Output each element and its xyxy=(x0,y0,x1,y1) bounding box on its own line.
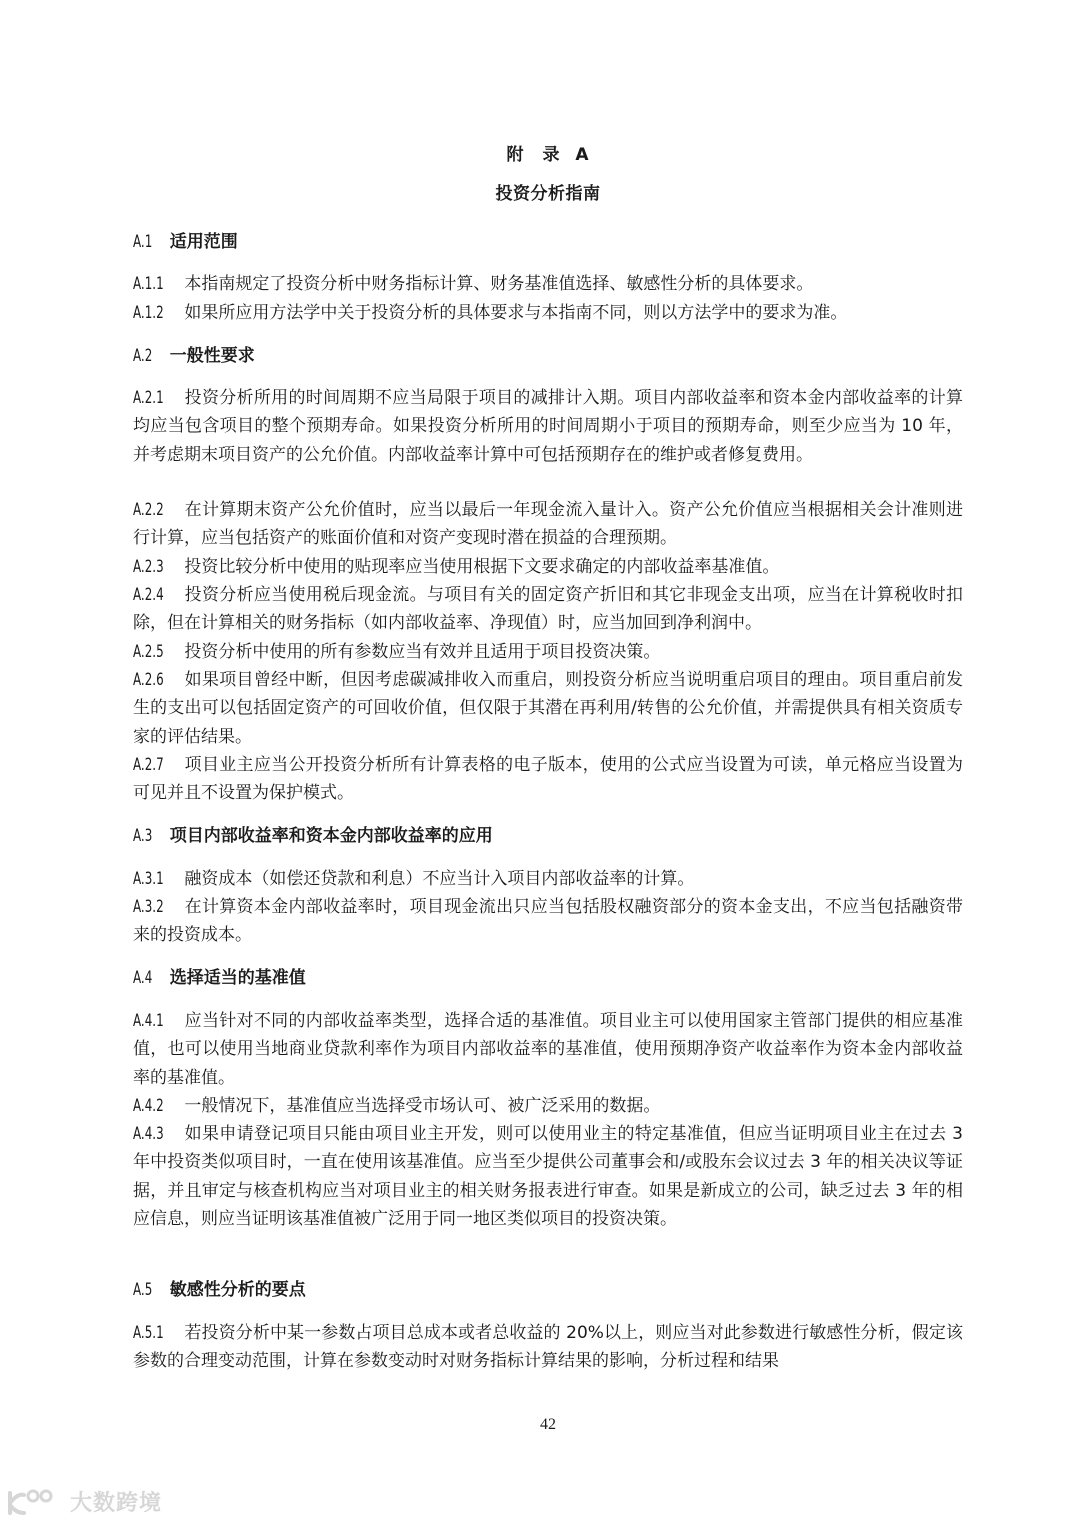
section-number: A.2 xyxy=(133,342,152,370)
section-number: A.4 xyxy=(133,964,152,992)
clause-number: A.4.2 xyxy=(133,1092,164,1120)
clause-a4-1: A.4.1应当针对不同的内部收益率类型，选择合适的基准值。项目业主可以使用国家主… xyxy=(133,1007,963,1092)
clause-number: A.4.1 xyxy=(133,1007,164,1035)
section-title: 一般性要求 xyxy=(170,346,255,366)
section-title: 项目内部收益率和资本金内部收益率的应用 xyxy=(170,826,493,846)
clause-number: A.2.4 xyxy=(133,581,164,609)
section-title: 适用范围 xyxy=(170,232,238,252)
clause-a2-7: A.2.7项目业主应当公开投资分析所有计算表格的电子版本，使用的公式应当设置为可… xyxy=(133,751,963,808)
clause-a3-2: A.3.2在计算资本金内部收益率时，项目现金流出只应当包括股权融资部分的资本金支… xyxy=(133,893,963,950)
clause-a2-3: A.2.3投资比较分析中使用的贴现率应当使用根据下文要求确定的内部收益率基准值。 xyxy=(133,553,963,581)
clause-number: A.2.6 xyxy=(133,666,164,694)
section-number: A.3 xyxy=(133,822,152,850)
section-heading-a1: A.1适用范围 xyxy=(133,228,963,256)
clause-number: A.2.3 xyxy=(133,553,164,581)
clause-text: 一般情况下，基准值应当选择受市场认可、被广泛采用的数据。 xyxy=(184,1096,660,1116)
clause-a2-5: A.2.5投资分析中使用的所有参数应当有效并且适用于项目投资决策。 xyxy=(133,638,963,666)
appendix-subtitle: 投资分析指南 xyxy=(133,179,963,204)
clause-text: 投资分析中使用的所有参数应当有效并且适用于项目投资决策。 xyxy=(184,642,660,662)
clause-number: A.2.7 xyxy=(133,751,164,779)
clause-text: 在计算期末资产公允价值时，应当以最后一年现金流入量计入。资产公允价值应当根据相关… xyxy=(133,500,963,548)
appendix-title: 附 录 A xyxy=(133,140,963,165)
clause-text: 投资比较分析中使用的贴现率应当使用根据下文要求确定的内部收益率基准值。 xyxy=(184,557,779,577)
watermark: 大数跨境 xyxy=(6,1486,162,1517)
clause-number: A.2.5 xyxy=(133,638,164,666)
clause-text: 本指南规定了投资分析中财务指标计算、财务基准值选择、敏感性分析的具体要求。 xyxy=(184,274,813,294)
clause-a4-2: A.4.2一般情况下，基准值应当选择受市场认可、被广泛采用的数据。 xyxy=(133,1092,963,1120)
clause-number: A.3.1 xyxy=(133,865,164,893)
clause-text: 应当针对不同的内部收益率类型，选择合适的基准值。项目业主可以使用国家主管部门提供… xyxy=(133,1011,963,1088)
clause-number: A.1.2 xyxy=(133,299,164,327)
watermark-text: 大数跨境 xyxy=(70,1486,162,1517)
section-title: 敏感性分析的要点 xyxy=(170,1280,306,1300)
clause-number: A.5.1 xyxy=(133,1319,164,1347)
section-title: 选择适当的基准值 xyxy=(170,968,306,988)
clause-text: 如果所应用方法学中关于投资分析的具体要求与本指南不同，则以方法学中的要求为准。 xyxy=(184,303,847,323)
section-heading-a2: A.2一般性要求 xyxy=(133,342,963,370)
clause-a2-2: A.2.2在计算期末资产公允价值时，应当以最后一年现金流入量计入。资产公允价值应… xyxy=(133,496,963,553)
clause-a4-3: A.4.3如果申请登记项目只能由项目业主开发，则可以使用业主的特定基准值，但应当… xyxy=(133,1120,963,1233)
clause-number: A.1.1 xyxy=(133,270,164,298)
clause-a2-6: A.2.6如果项目曾经中断，但因考虑碳减排收入而重启，则投资分析应当说明重启项目… xyxy=(133,666,963,751)
section-heading-a3: A.3项目内部收益率和资本金内部收益率的应用 xyxy=(133,822,963,850)
clause-a1-2: A.1.2如果所应用方法学中关于投资分析的具体要求与本指南不同，则以方法学中的要… xyxy=(133,299,963,327)
clause-number: A.2.2 xyxy=(133,496,164,524)
section-heading-a4: A.4选择适当的基准值 xyxy=(133,964,963,992)
section-number: A.1 xyxy=(133,228,152,256)
clause-number: A.2.1 xyxy=(133,384,164,412)
clause-text: 如果申请登记项目只能由项目业主开发，则可以使用业主的特定基准值，但应当证明项目业… xyxy=(133,1124,963,1229)
clause-text: 投资分析应当使用税后现金流。与项目有关的固定资产折旧和其它非现金支出项，应当在计… xyxy=(133,585,963,633)
clause-text: 若投资分析中某一参数占项目总成本或者总收益的 20%以上，则应当对此参数进行敏感… xyxy=(133,1323,963,1371)
clause-text: 项目业主应当公开投资分析所有计算表格的电子版本，使用的公式应当设置为可读，单元格… xyxy=(133,755,963,803)
clause-a1-1: A.1.1本指南规定了投资分析中财务指标计算、财务基准值选择、敏感性分析的具体要… xyxy=(133,270,963,298)
100-logo-icon xyxy=(6,1487,64,1517)
section-heading-a5: A.5敏感性分析的要点 xyxy=(133,1276,963,1304)
clause-a5-1: A.5.1若投资分析中某一参数占项目总成本或者总收益的 20%以上，则应当对此参… xyxy=(133,1319,963,1376)
clause-a2-4: A.2.4投资分析应当使用税后现金流。与项目有关的固定资产折旧和其它非现金支出项… xyxy=(133,581,963,638)
section-number: A.5 xyxy=(133,1276,152,1304)
clause-text: 在计算资本金内部收益率时，项目现金流出只应当包括股权融资部分的资本金支出，不应当… xyxy=(133,897,963,945)
page-number: 42 xyxy=(133,1416,963,1434)
clause-a3-1: A.3.1融资成本（如偿还贷款和利息）不应当计入项目内部收益率的计算。 xyxy=(133,865,963,893)
clause-number: A.3.2 xyxy=(133,893,164,921)
clause-text: 投资分析所用的时间周期不应当局限于项目的减排计入期。项目内部收益率和资本金内部收… xyxy=(133,388,963,465)
clause-number: A.4.3 xyxy=(133,1120,164,1148)
clause-text: 融资成本（如偿还贷款和利息）不应当计入项目内部收益率的计算。 xyxy=(184,869,694,889)
clause-a2-1: A.2.1投资分析所用的时间周期不应当局限于项目的减排计入期。项目内部收益率和资… xyxy=(133,384,963,469)
clause-text: 如果项目曾经中断，但因考虑碳减排收入而重启，则投资分析应当说明重启项目的理由。项… xyxy=(133,670,963,747)
